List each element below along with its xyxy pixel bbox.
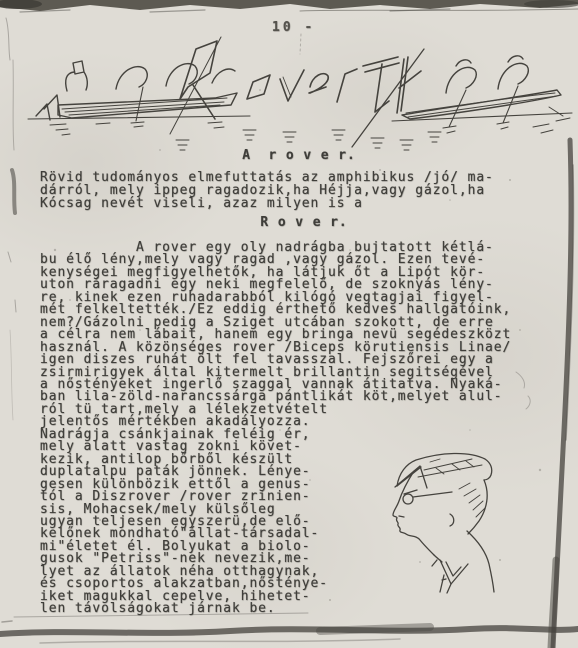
waterline bbox=[28, 113, 572, 121]
left-rowboat bbox=[36, 61, 237, 135]
torn-top-edge bbox=[0, 0, 578, 12]
bottom-edge-line bbox=[0, 613, 578, 643]
stylized-title-roverek bbox=[170, 37, 424, 147]
article-title: A r o v e r. bbox=[10, 148, 578, 163]
page-number: 10 - bbox=[272, 20, 315, 35]
section-heading: R o v e r. bbox=[15, 215, 578, 230]
right-rowboat bbox=[402, 56, 570, 133]
intro-paragraph: Rövid tudományos elmefuttatás az amphibi… bbox=[40, 171, 494, 211]
article-body: A rover egy oly nadrágba bujtatott kétlá… bbox=[40, 242, 511, 616]
water-reflections bbox=[176, 130, 441, 150]
scanned-document-page: 10 - A r o v e r. Rövid tudományos elmef… bbox=[0, 0, 578, 648]
